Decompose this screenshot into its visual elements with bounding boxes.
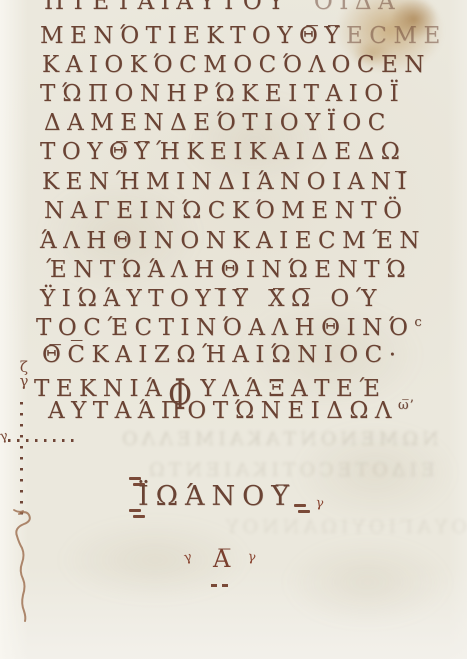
title-flourish-dash [294, 504, 306, 507]
text-line-main: ΫΙΏΆΥΤΟΥΙ̅Υ̅ Χ̅Ω̅ ΟΎ [40, 286, 383, 312]
text-line-main: ΈΝΤΏΆΛΗΘΙΝΏΕΝΤΏ [46, 257, 412, 283]
subscription-title: ΪΩΆΝΟΥ̅ [138, 481, 296, 512]
text-line: ΫΙΏΆΥΤΟΥΙ̅Υ̅ Χ̅Ω̅ ΟΎ [40, 286, 383, 312]
text-line-main: ΆΛΗΘΙΝΟΝΚΑΙΕCΜΈΝ [40, 228, 426, 254]
manuscript-page: ΝΩΜΕΝΟΝΤΑΚΑΙΜΕΛΛΟ ΕΙΔΟΤΕCΟΤΙΚΑΙΕΝΤΩ ΤΟΥΑ… [0, 0, 467, 659]
text-line-faded: ΟΙΔΑ [314, 0, 401, 15]
text-line-main: ΑΥΤΑΆΠΟΤΏΝΕΙΔΩΛ [48, 398, 398, 424]
text-line-main: ΜΕΝΌΤΙΕΚΤΟΥΘ̅Υ̅ [40, 23, 346, 49]
text-line: ΜΕΝΌΤΙΕΚΤΟΥΘ̅Υ̅ΕCΜΕ [40, 23, 447, 49]
bleedthrough-text: ΕΙΔΟΤΕCΟΤΙΚΑΙΕΝΤΩ [145, 459, 435, 481]
numeral-underline-dashes [211, 584, 231, 587]
text-line-main: ΤΟΥΘ̅Υ̅ΉΚΕΙΚΑΙΔΕΔΩ [40, 139, 406, 165]
superscript-letter: c [414, 315, 422, 330]
book-numeral: Α̅ [213, 545, 232, 573]
parchment-mottle [285, 540, 450, 625]
dotted-divider-horizontal [8, 439, 80, 442]
superscript-abbreviation: ω̅’ [398, 398, 415, 413]
text-line-main: ΚΑΙΟΚΌCΜΟCΌΛΟCΕΝ [42, 52, 431, 78]
text-line-faded: ΕCΜΕ [346, 23, 447, 49]
bleedthrough-text: ΤΟΥΑΓΙΟΥΙΩΑΝΝΟΥ [222, 516, 467, 538]
margin-siglum-bottom: γ [13, 374, 35, 388]
text-line: ΠΤΕΤΑΙΑΥΤΟΥΟΙΔΑ [44, 0, 401, 15]
text-line: ΤΏΠΟΝΗΡΏΚΕΙΤΑΙΟΪ [40, 81, 405, 107]
text-line: ΤΟΥΘ̅Υ̅ΉΚΕΙΚΑΙΔΕΔΩ [40, 139, 406, 165]
text-line-main: Θ̅C̅ΚΑΙΖΩΉΑΙΏΝΙΟC· [42, 342, 403, 368]
text-line: ΔΑΜΕΝΔΕΌΤΙΟΥΪΟC [44, 110, 392, 136]
text-line-main: ΚΕΝΉΜΙΝΔΙΆΝΟΙΑΝΙ̅ [42, 169, 413, 195]
text-line-main: ΠΤΕΤΑΙΑΥΤΟΥ [44, 0, 290, 15]
text-line: ΤΟCΈCΤΙΝΌΑΛΗΘΙΝΌc [36, 315, 423, 341]
text-line: ΑΥΤΑΆΠΟΤΏΝΕΙΔΩΛω̅’ [48, 398, 415, 424]
text-line: ΈΝΤΏΆΛΗΘΙΝΏΕΝΤΏ [46, 257, 412, 283]
title-flourish-dash [133, 515, 145, 518]
text-line: ΆΛΗΘΙΝΟΝΚΑΙΕCΜΈΝ [40, 228, 426, 254]
numeral-tick-right: γ [247, 549, 257, 565]
margin-siglum: ζ γ [13, 360, 35, 389]
text-line-main: ΝΑΓΕΙΝΏCΚΌΜΕΝΤÖ [44, 198, 408, 224]
text-line-main: ΤΟCΈCΤΙΝΌΑΛΗΘΙΝΌ [36, 315, 414, 341]
coronis-flourish [4, 508, 34, 623]
text-line: Θ̅C̅ΚΑΙΖΩΉΑΙΏΝΙΟC· [42, 342, 403, 368]
text-line: ΚΕΝΉΜΙΝΔΙΆΝΟΙΑΝΙ̅ [42, 169, 413, 195]
text-line: ΝΑΓΕΙΝΏCΚΌΜΕΝΤÖ [44, 198, 408, 224]
title-flourish-dash [129, 477, 141, 480]
text-line-main: ΔΑΜΕΝΔΕΌΤΙΟΥΪΟC [44, 110, 392, 136]
text-line: ΚΑΙΟΚΌCΜΟCΌΛΟCΕΝ [42, 52, 431, 78]
margin-junction-mark: γ [0, 428, 9, 444]
bleedthrough-text: ΝΩΜΕΝΟΝΤΑΚΑΙΜΕΛΛΟ [118, 428, 439, 450]
text-line-main: ΤΏΠΟΝΗΡΏΚΕΙΤΑΙΟΪ [40, 81, 405, 107]
title-flourish-dash [298, 510, 310, 513]
dotted-divider-vertical [20, 402, 23, 515]
